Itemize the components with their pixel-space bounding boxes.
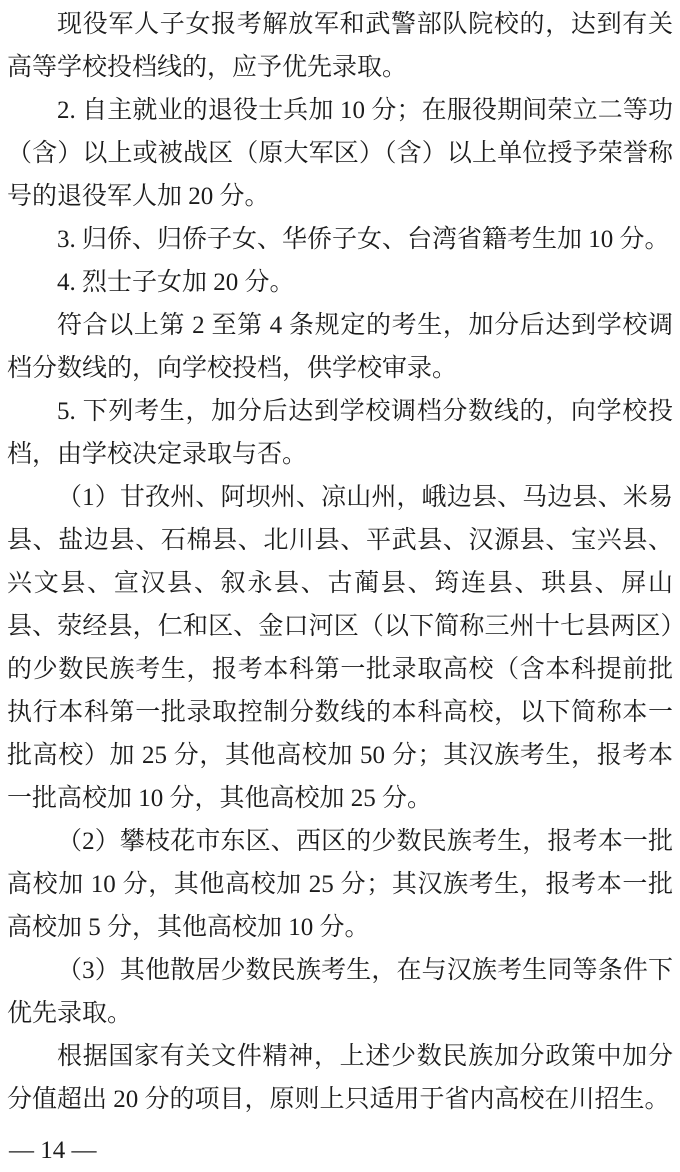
paragraph-item-5-intro: 5. 下列考生，加分后达到学校调档分数线的，向学校投档，由学校决定录取与否。 bbox=[7, 390, 673, 476]
page-number: — 14 — bbox=[9, 1134, 97, 1168]
document-page: 现役军人子女报考解放军和武警部队院校的，达到有关高等学校投档线的，应予优先录取。… bbox=[0, 0, 680, 1121]
paragraph-item-5-3-scattered-minorities: （3）其他散居少数民族考生，在与汉族考生同等条件下优先录取。 bbox=[7, 949, 673, 1035]
paragraph-item-3-overseas-chinese: 3. 归侨、归侨子女、华侨子女、台湾省籍考生加 10 分。 bbox=[7, 218, 673, 261]
paragraph-item-2-veterans: 2. 自主就业的退役士兵加 10 分；在服役期间荣立二等功（含）以上或被战区（原… bbox=[7, 89, 673, 218]
paragraph-item-5-2-panzhihua: （2）攀枝花市东区、西区的少数民族考生，报考本一批高校加 10 分，其他高校加 … bbox=[7, 820, 673, 949]
paragraph-items-2-4-rule: 符合以上第 2 至第 4 条规定的考生，加分后达到学校调档分数线的，向学校投档，… bbox=[7, 304, 673, 390]
paragraph-item-4-martyr-children: 4. 烈士子女加 20 分。 bbox=[7, 261, 673, 304]
paragraph-national-policy-note: 根据国家有关文件精神，上述少数民族加分政策中加分分值超出 20 分的项目，原则上… bbox=[7, 1035, 673, 1121]
paragraph-military-children: 现役军人子女报考解放军和武警部队院校的，达到有关高等学校投档线的，应予优先录取。 bbox=[7, 3, 673, 89]
paragraph-item-5-1-minority-regions: （1）甘孜州、阿坝州、凉山州，峨边县、马边县、米易县、盐边县、石棉县、北川县、平… bbox=[7, 476, 673, 820]
